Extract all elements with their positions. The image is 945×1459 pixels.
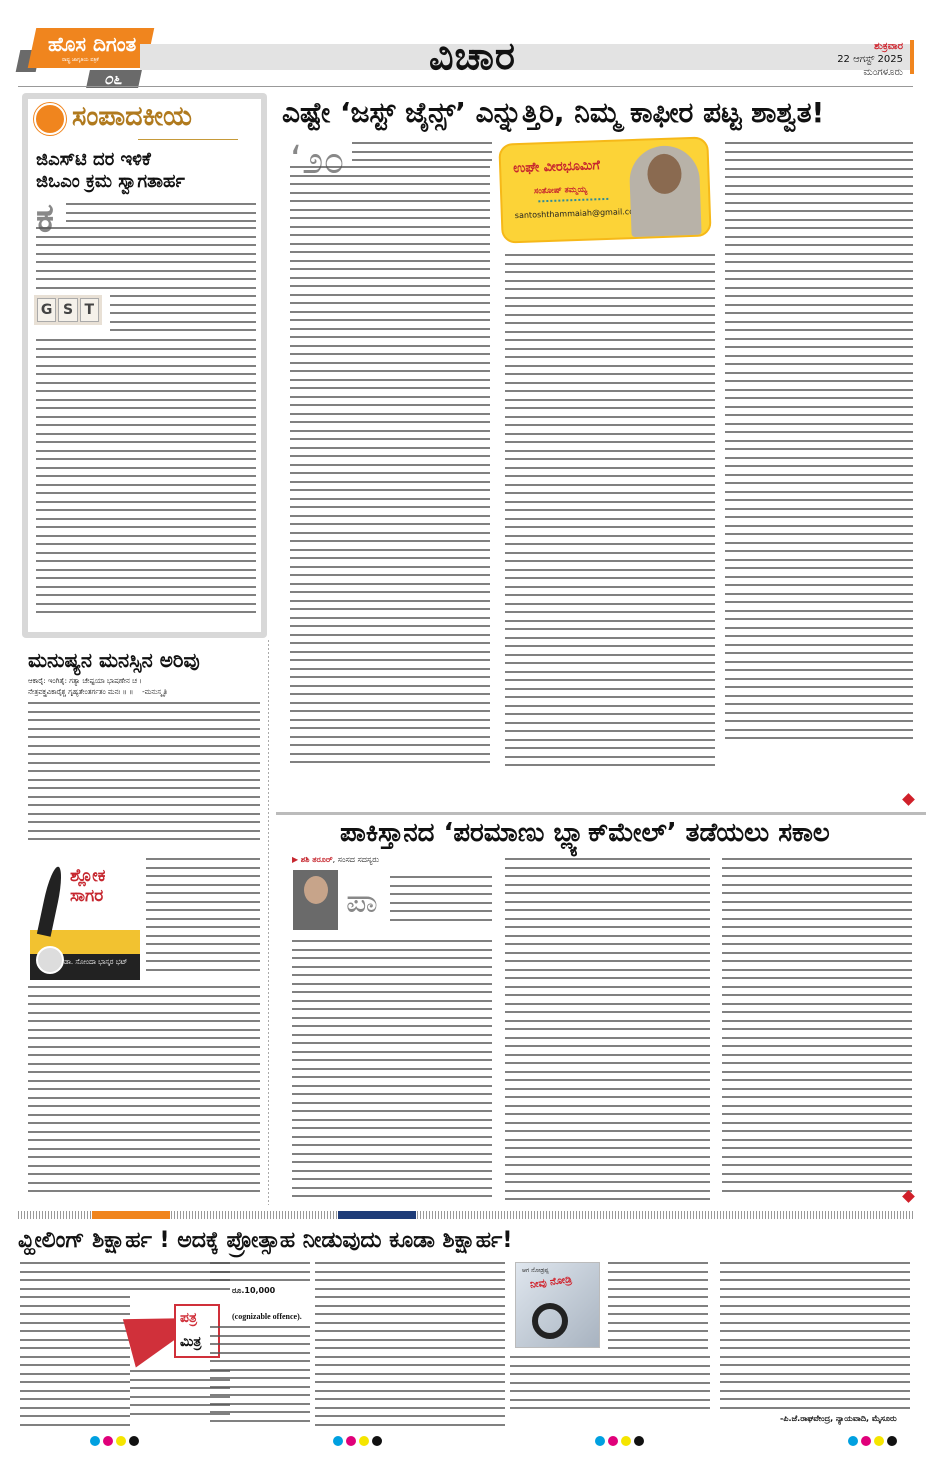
column-separator xyxy=(268,640,269,1205)
editorial-logo-icon xyxy=(34,103,66,135)
author-name: ಶಶಿ ತರೂರ್ xyxy=(301,855,333,864)
cmyk-dots xyxy=(90,1436,139,1446)
author-role: ಸಂಸದ ಸದಸ್ಯರು xyxy=(338,855,379,864)
byline: ▶ ಶಶಿ ತರೂರ್, ಸಂಸದ ಸದಸ್ಯರು xyxy=(292,855,379,865)
letter-col4 xyxy=(608,1262,708,1356)
shloka-line2: ನೇತ್ರವಕ್ತ್ರವಿಕಾರೈಶ್ಚ ಗೃಹ್ಯತೇಂತರ್ಗತಂ ಮನಃ … xyxy=(28,688,133,696)
column-headline: ಮನುಷ್ಯನ ಮನಸ್ಸಿನ ಅರಿವು xyxy=(28,648,200,672)
second-body-col3 xyxy=(722,858,912,1198)
shloka-sagara-graphic: ಶ್ಲೋಕಸಾಗರ ಡಾ. ಸೋಂದಾ ಭಾಸ್ಕರ ಭಟ್ xyxy=(30,860,140,980)
gst-letter: G xyxy=(37,298,56,322)
header-rule xyxy=(18,86,913,87)
cmyk-dots xyxy=(333,1436,382,1446)
main-headline: ಎಷ್ಟೇ ‘ಜಸ್ಟ್ ಜೈನ್ಸ್’ ಎನ್ನುತ್ತಿರಿ, ನಿಮ್ಮ … xyxy=(282,96,824,130)
editorial-body-rest xyxy=(36,339,256,620)
column-body-wrap xyxy=(146,858,260,977)
editorial-body-wrap xyxy=(110,295,256,338)
shloka-source: -ಮನುಸ್ಮೃತಿ xyxy=(142,688,167,696)
edition-label: ಮಂಗಳೂರು xyxy=(837,66,903,79)
image-caption-big: ನೀವು ನೋಡ್ರಿ xyxy=(529,1274,572,1291)
article-divider xyxy=(276,812,926,815)
column-name: ಉಘೇ ವೀರಭೂಮಿಗೆ xyxy=(513,158,600,176)
date-label: 22 ಆಗಸ್ಟ್ 2025 xyxy=(837,53,903,66)
second-headline: ಪಾಕಿಸ್ತಾನದ ‘ಪರಮಾಣು ಬ್ಲ್ಯಾಕ್‌ಮೇಲ್’ ತಡೆಯಲು… xyxy=(340,818,830,849)
gst-letter: T xyxy=(80,298,99,322)
author-avatar xyxy=(36,946,64,974)
end-mark-icon xyxy=(902,793,915,806)
ornament-divider xyxy=(138,139,238,140)
day-label: ಶುಕ್ರವಾರ xyxy=(837,40,903,53)
second-body-col2 xyxy=(505,858,710,1207)
gst-image: G S T xyxy=(34,295,102,325)
letter-col2b xyxy=(210,1326,310,1428)
shloka: ಆಕಾರೈ: ಇಂಗಿತೈ: ಗತ್ಯಾ ಚೇಷ್ಟಯಾ ಭಾಷಣೇನ ಚ । … xyxy=(28,676,263,698)
main-body-col1 xyxy=(290,166,490,770)
navy-rule-segment xyxy=(338,1211,416,1219)
offence-label: (cognizable offence). xyxy=(232,1312,302,1321)
editorial-headline-line2: ಜಿಒಎಂ ಕ್ರಮ ಸ್ವಾಗತಾರ್ಹ xyxy=(36,171,185,193)
letter-col2 xyxy=(210,1262,310,1288)
letter-col3 xyxy=(315,1262,505,1432)
editorial-body-top xyxy=(66,203,256,229)
second-body-lead xyxy=(390,876,492,927)
drop-cap: ಪಾ xyxy=(346,882,378,921)
main-body-lead xyxy=(352,142,492,168)
author-photo xyxy=(293,870,338,930)
series-label-1: ಶ್ಲೋಕ xyxy=(70,866,105,886)
gst-letter: S xyxy=(58,298,77,322)
author-photo xyxy=(629,145,702,237)
date-block: ಶುಕ್ರವಾರ 22 ಆಗಸ್ಟ್ 2025 ಮಂಗಳೂರು xyxy=(837,40,903,79)
letter-col1 xyxy=(20,1262,130,1432)
cmyk-dots xyxy=(848,1436,897,1446)
section-title: ವಿಚಾರ xyxy=(0,34,945,79)
editorial-box: ಸಂಪಾದಕೀಯ ಜಿಎಸ್‌ಟಿ ದರ ಇಳಿಕೆ ಜಿಒಎಂ ಕ್ರಮ ಸ್… xyxy=(22,93,267,638)
author-email[interactable]: santoshthammaiah@gmail.com xyxy=(515,207,642,220)
letters-headline: ವ್ಹೀಲಿಂಗ್ ಶಿಕ್ಷಾರ್ಹ ! ಅದಕ್ಕೆ ಪ್ರೋತ್ಸಾಹ ನ… xyxy=(18,1228,512,1253)
editorial-label: ಸಂಪಾದಕೀಯ xyxy=(72,101,192,133)
dotted-divider xyxy=(538,198,608,202)
letter-col5 xyxy=(720,1262,910,1415)
feather-icon xyxy=(37,865,65,936)
main-body-col2 xyxy=(505,254,715,773)
letter-signature: -ಪಿ.ಜೆ.ರಾಘವೇಂದ್ರ, ನ್ಯಾಯವಾದಿ, ಮೈಸೂರು xyxy=(780,1414,897,1424)
image-caption-small: ಆಗ ನೋಡ್ರಪ್ಪ xyxy=(522,1267,549,1275)
orange-accent-bar xyxy=(910,40,914,74)
editorial-body xyxy=(36,227,256,295)
column-body-rest xyxy=(28,986,260,1199)
author-card: ಉಘೇ ವೀರಭೂಮಿಗೆ ಸಂತೋಷ್ ತಮ್ಮಯ್ಯ santoshtham… xyxy=(498,136,711,243)
orange-rule-segment xyxy=(92,1211,170,1219)
cmyk-dots xyxy=(595,1436,644,1446)
shloka-line1: ಆಕಾರೈ: ಇಂಗಿತೈ: ಗತ್ಯಾ ಚೇಷ್ಟಯಾ ಭಾಷಣೇನ ಚ । xyxy=(28,676,263,687)
fine-amount: ರೂ.10,000 xyxy=(232,1286,275,1296)
wheeling-image: ಆಗ ನೋಡ್ರಪ್ಪ ನೀವು ನೋಡ್ರಿ xyxy=(515,1262,600,1348)
series-label-2: ಸಾಗರ xyxy=(70,886,105,906)
letter-col4b xyxy=(510,1356,710,1416)
editorial-headline: ಜಿಎಸ್‌ಟಿ ದರ ಇಳಿಕೆ ಜಿಒಎಂ ಕ್ರಮ ಸ್ವಾಗತಾರ್ಹ xyxy=(36,149,185,193)
editorial-headline-line1: ಜಿಎಸ್‌ಟಿ ದರ ಇಳಿಕೆ xyxy=(36,149,185,171)
column-body-top xyxy=(28,702,260,847)
bike-wheel-icon xyxy=(532,1303,568,1339)
main-body-col3 xyxy=(725,142,913,746)
second-body-col1 xyxy=(292,940,492,1204)
author-name: ಸಂತೋಷ್ ತಮ್ಮಯ್ಯ xyxy=(534,185,588,197)
